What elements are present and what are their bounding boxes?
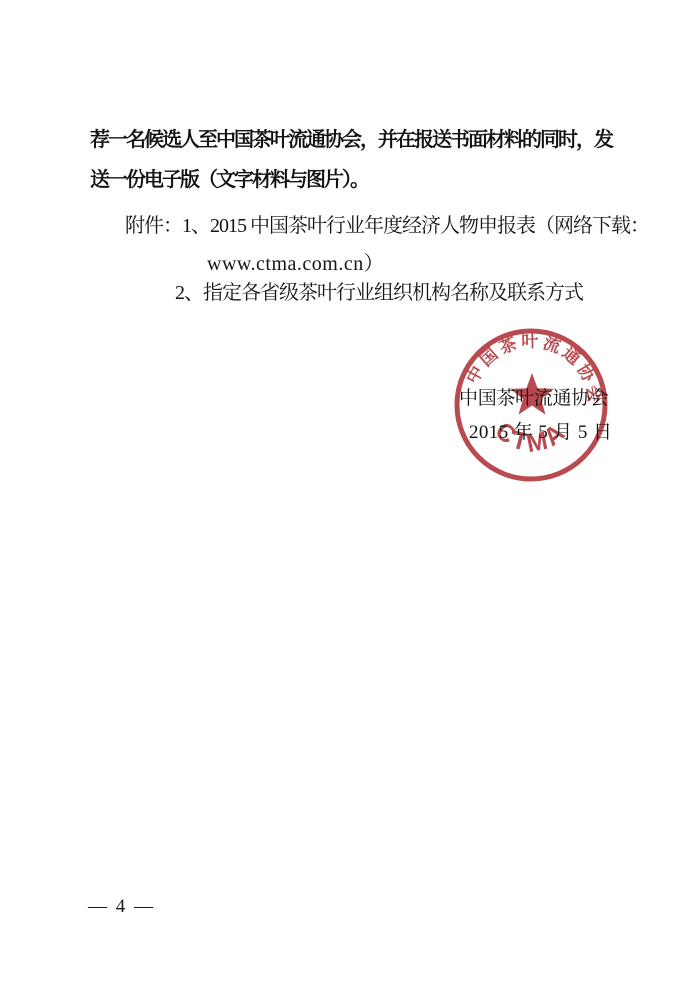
- signature-organization: 中国茶叶流通协会: [459, 383, 609, 410]
- document-page: 荐一名候选人至中国茶叶流通协会，并在报送书面材料的同时，发 送一份电子版（文字材…: [0, 0, 699, 988]
- body-paragraph-line-2: 送一份电子版（文字材料与图片）。: [90, 163, 368, 192]
- attachment-item-2: 2、指定各省级茶叶行业组织机构名称及联系方式: [175, 276, 583, 305]
- attachment-url: www.ctma.com.cn）: [207, 247, 384, 276]
- page-number: — 4 —: [88, 896, 155, 918]
- attachment-item-1: 附件：1、2015 中国茶叶行业年度经济人物申报表（网络下载：: [125, 209, 649, 238]
- body-paragraph-line-1: 荐一名候选人至中国茶叶流通协会，并在报送书面材料的同时，发: [90, 123, 612, 152]
- signature-date: 2015 年 5 月 5 日: [469, 417, 612, 444]
